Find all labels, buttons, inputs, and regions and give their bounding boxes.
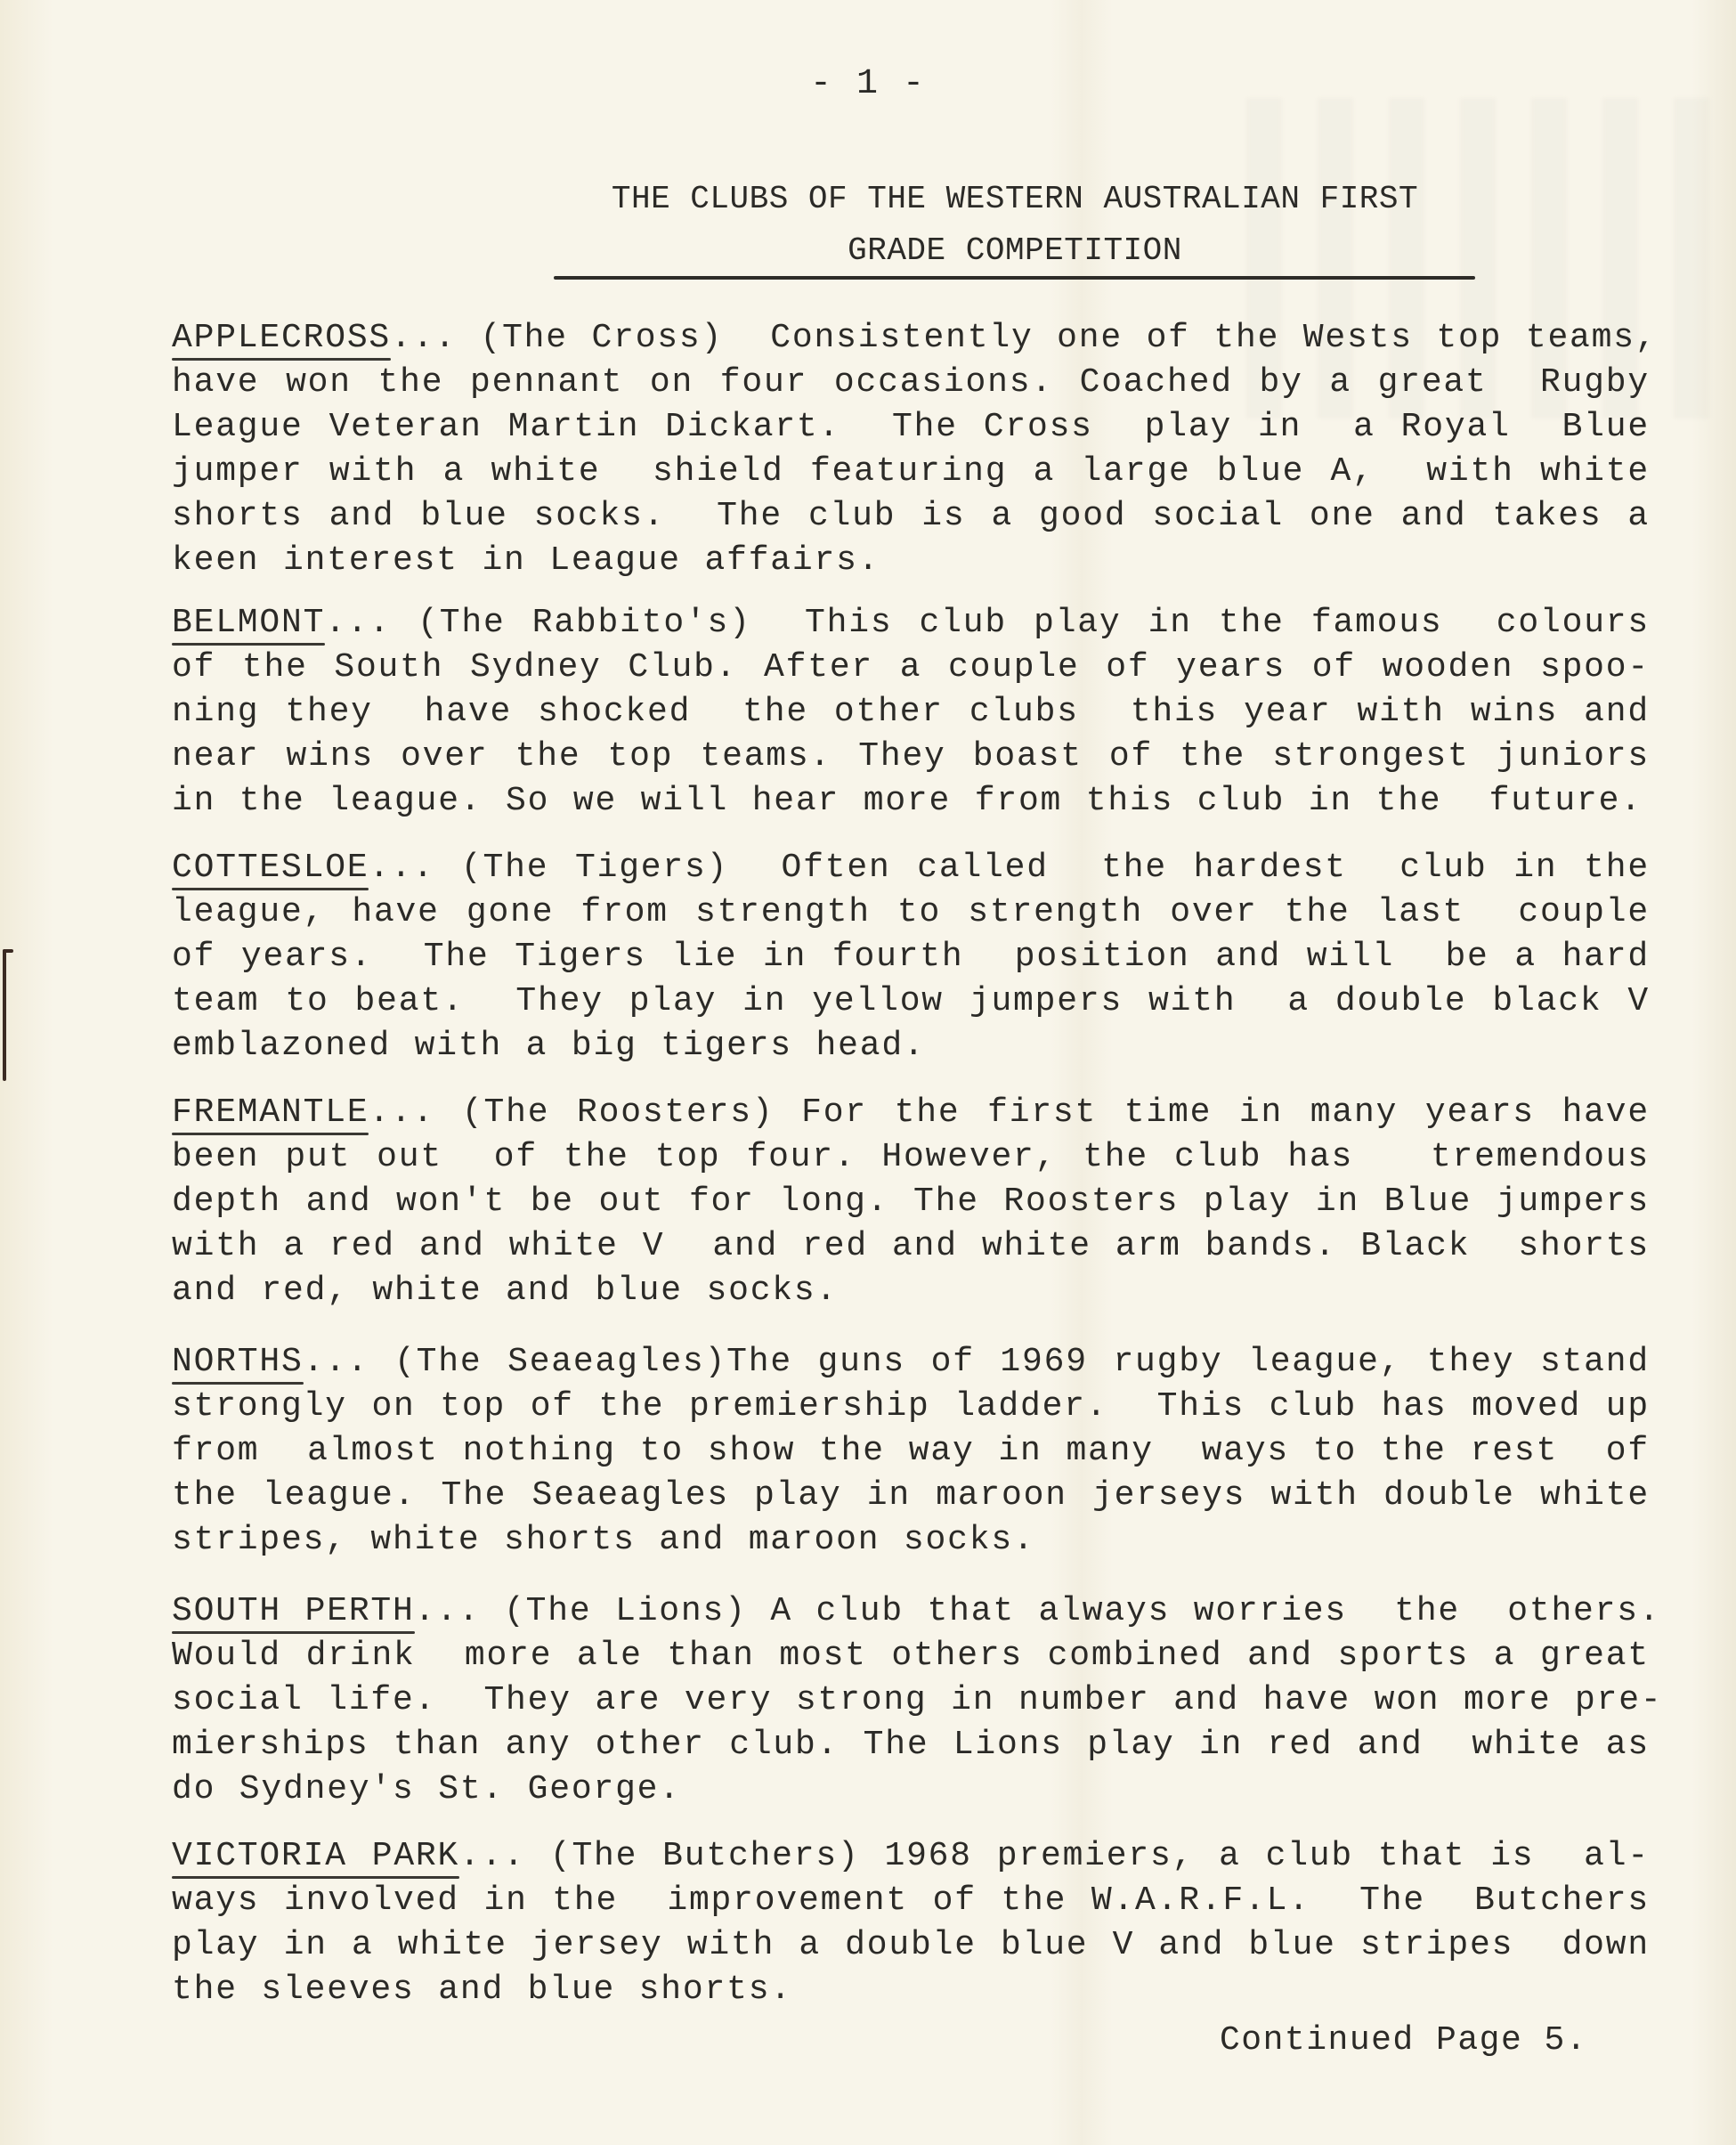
text-line: team to beat. They play in yellow jumper… — [172, 979, 1650, 1024]
page-number: - 1 - — [0, 64, 1736, 104]
club-entry-cottesloe: COTTESLOE... (The Tigers) Often called t… — [172, 846, 1650, 1068]
text-line: ways involved in the improvement of the … — [172, 1879, 1650, 1923]
text-line: with a red and white V and red and white… — [172, 1224, 1650, 1269]
club-name: BELMONT — [172, 604, 325, 642]
club-name: COTTESLOE — [172, 849, 369, 887]
text-line: have won the pennant on four occasions. … — [172, 361, 1650, 405]
club-entry-belmont: BELMONT... (The Rabbito's) This club pla… — [172, 601, 1650, 824]
text-line: keen interest in League affairs. — [172, 539, 1650, 583]
text-line: COTTESLOE... (The Tigers) Often called t… — [172, 846, 1650, 890]
text-line: depth and won't be out for long. The Roo… — [172, 1180, 1650, 1224]
text-line: mierships than any other club. The Lions… — [172, 1723, 1650, 1767]
text-line: VICTORIA PARK... (The Butchers) 1968 pre… — [172, 1834, 1650, 1879]
club-entry-applecross: APPLECROSS... (The Cross) Consistently o… — [172, 316, 1650, 583]
text-line: stripes, white shorts and maroon socks. — [172, 1518, 1650, 1563]
text-line: the league. The Seaeagles play in maroon… — [172, 1474, 1650, 1518]
title-underline — [554, 276, 1475, 280]
text-line: in the league. So we will hear more from… — [172, 779, 1650, 824]
text-line: play in a white jersey with a double blu… — [172, 1923, 1650, 1968]
text-line: league, have gone from strength to stren… — [172, 890, 1650, 935]
page-title: THE CLUBS OF THE WESTERN AUSTRALIAN FIRS… — [552, 174, 1478, 277]
text-line: been put out of the top four. However, t… — [172, 1135, 1650, 1180]
text-line: near wins over the top teams. They boast… — [172, 735, 1650, 779]
text-line: Would drink more ale than most others co… — [172, 1634, 1650, 1678]
text-line: emblazoned with a big tigers head. — [172, 1024, 1650, 1068]
text-line: social life. They are very strong in num… — [172, 1678, 1650, 1723]
text-line: APPLECROSS... (The Cross) Consistently o… — [172, 316, 1650, 361]
club-name: FREMANTLE — [172, 1093, 369, 1132]
text-line: strongly on top of the premiership ladde… — [172, 1385, 1650, 1429]
text-line: League Veteran Martin Dickart. The Cross… — [172, 405, 1650, 450]
text-line: and red, white and blue socks. — [172, 1269, 1650, 1313]
text-line: shorts and blue socks. The club is a goo… — [172, 494, 1650, 539]
club-name: SOUTH PERTH — [172, 1592, 415, 1630]
club-name: NORTHS — [172, 1343, 304, 1381]
text-line: of the South Sydney Club. After a couple… — [172, 646, 1650, 690]
club-entry-victoria-park: VICTORIA PARK... (The Butchers) 1968 pre… — [172, 1834, 1650, 2012]
text-line: from almost nothing to show the way in m… — [172, 1429, 1650, 1474]
club-entry-norths: NORTHS... (The Seaeagles)The guns of 196… — [172, 1340, 1650, 1563]
club-name: VICTORIA PARK — [172, 1837, 459, 1875]
title-line-2: GRADE COMPETITION — [552, 225, 1478, 277]
text-line: NORTHS... (The Seaeagles)The guns of 196… — [172, 1340, 1650, 1385]
text-line: FREMANTLE... (The Roosters) For the firs… — [172, 1091, 1650, 1135]
text-line: ning they have shocked the other clubs t… — [172, 690, 1650, 735]
title-line-1: THE CLUBS OF THE WESTERN AUSTRALIAN FIRS… — [552, 174, 1478, 225]
club-entry-south-perth: SOUTH PERTH... (The Lions) A club that a… — [172, 1589, 1650, 1812]
margin-bracket-mark — [3, 949, 6, 1081]
text-line: SOUTH PERTH... (The Lions) A club that a… — [172, 1589, 1650, 1634]
club-entry-fremantle: FREMANTLE... (The Roosters) For the firs… — [172, 1091, 1650, 1313]
text-line: BELMONT... (The Rabbito's) This club pla… — [172, 601, 1650, 646]
text-line: do Sydney's St. George. — [172, 1767, 1650, 1812]
text-line: jumper with a white shield featuring a l… — [172, 450, 1650, 494]
club-name: APPLECROSS — [172, 319, 391, 357]
text-line: of years. The Tigers lie in fourth posit… — [172, 935, 1650, 979]
continued-note: Continued Page 5. — [1220, 2021, 1587, 2060]
text-line: the sleeves and blue shorts. — [172, 1968, 1650, 2012]
